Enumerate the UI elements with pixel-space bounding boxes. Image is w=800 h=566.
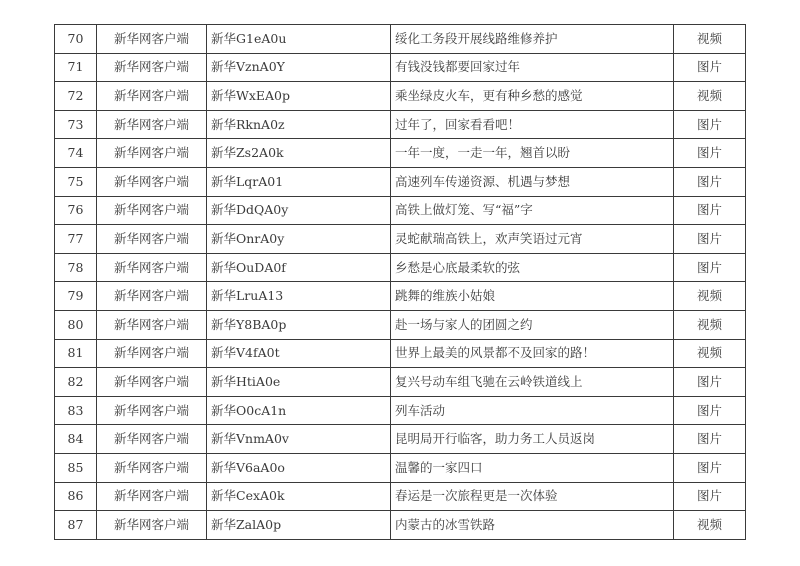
table-row: 86新华网客户端新华CexA0k春运是一次旅程更是一次体验图片 xyxy=(55,482,746,511)
media-type-cell: 图片 xyxy=(674,396,746,425)
source-cell: 新华网客户端 xyxy=(97,310,207,339)
title-cell: 过年了，回家看看吧！ xyxy=(391,110,674,139)
media-type-cell: 图片 xyxy=(674,110,746,139)
table-row: 76新华网客户端新华DdQA0y高铁上做灯笼、写“福”字图片 xyxy=(55,196,746,225)
item-id-cell: 新华O0cA1n xyxy=(207,396,391,425)
table-row: 75新华网客户端新华LqrA01高速列车传递资源、机遇与梦想图片 xyxy=(55,167,746,196)
row-number: 85 xyxy=(55,453,97,482)
table-body: 70新华网客户端新华G1eA0u绥化工务段开展线路维修养护视频71新华网客户端新… xyxy=(55,25,746,540)
media-type-cell: 图片 xyxy=(674,482,746,511)
item-id-cell: 新华RknA0z xyxy=(207,110,391,139)
source-cell: 新华网客户端 xyxy=(97,282,207,311)
table-row: 83新华网客户端新华O0cA1n列车活动图片 xyxy=(55,396,746,425)
row-number: 78 xyxy=(55,253,97,282)
row-number: 81 xyxy=(55,339,97,368)
table-row: 71新华网客户端新华VznA0Y有钱没钱都要回家过年图片 xyxy=(55,53,746,82)
media-type-cell: 图片 xyxy=(674,53,746,82)
row-number: 80 xyxy=(55,310,97,339)
row-number: 83 xyxy=(55,396,97,425)
table-row: 72新华网客户端新华WxEA0p乘坐绿皮火车，更有种乡愁的感觉视频 xyxy=(55,82,746,111)
table-row: 77新华网客户端新华OnrA0y灵蛇献瑞高铁上，欢声笑语过元宵图片 xyxy=(55,225,746,254)
source-cell: 新华网客户端 xyxy=(97,453,207,482)
table-row: 74新华网客户端新华Zs2A0k一年一度，一走一年，翘首以盼图片 xyxy=(55,139,746,168)
table-row: 70新华网客户端新华G1eA0u绥化工务段开展线路维修养护视频 xyxy=(55,25,746,54)
item-id-cell: 新华G1eA0u xyxy=(207,25,391,54)
media-type-cell: 视频 xyxy=(674,25,746,54)
table-row: 78新华网客户端新华OuDA0f乡愁是心底最柔软的弦图片 xyxy=(55,253,746,282)
table-row: 81新华网客户端新华V4fA0t世界上最美的风景都不及回家的路！视频 xyxy=(55,339,746,368)
media-type-cell: 视频 xyxy=(674,82,746,111)
source-cell: 新华网客户端 xyxy=(97,110,207,139)
source-cell: 新华网客户端 xyxy=(97,396,207,425)
item-id-cell: 新华CexA0k xyxy=(207,482,391,511)
title-cell: 跳舞的维族小姑娘 xyxy=(391,282,674,311)
title-cell: 赴一场与家人的团圆之约 xyxy=(391,310,674,339)
row-number: 84 xyxy=(55,425,97,454)
row-number: 86 xyxy=(55,482,97,511)
title-cell: 昆明局开行临客，助力务工人员返岗 xyxy=(391,425,674,454)
title-cell: 乡愁是心底最柔软的弦 xyxy=(391,253,674,282)
source-cell: 新华网客户端 xyxy=(97,339,207,368)
row-number: 82 xyxy=(55,368,97,397)
row-number: 72 xyxy=(55,82,97,111)
item-id-cell: 新华VznA0Y xyxy=(207,53,391,82)
title-cell: 世界上最美的风景都不及回家的路！ xyxy=(391,339,674,368)
row-number: 71 xyxy=(55,53,97,82)
media-type-cell: 图片 xyxy=(674,453,746,482)
title-cell: 春运是一次旅程更是一次体验 xyxy=(391,482,674,511)
item-id-cell: 新华ZalA0p xyxy=(207,511,391,540)
content-table: 70新华网客户端新华G1eA0u绥化工务段开展线路维修养护视频71新华网客户端新… xyxy=(54,24,746,540)
title-cell: 高铁上做灯笼、写“福”字 xyxy=(391,196,674,225)
source-cell: 新华网客户端 xyxy=(97,511,207,540)
row-number: 74 xyxy=(55,139,97,168)
row-number: 75 xyxy=(55,167,97,196)
table-row: 84新华网客户端新华VnmA0v昆明局开行临客，助力务工人员返岗图片 xyxy=(55,425,746,454)
title-cell: 一年一度，一走一年，翘首以盼 xyxy=(391,139,674,168)
item-id-cell: 新华Zs2A0k xyxy=(207,139,391,168)
source-cell: 新华网客户端 xyxy=(97,196,207,225)
source-cell: 新华网客户端 xyxy=(97,253,207,282)
media-type-cell: 视频 xyxy=(674,511,746,540)
item-id-cell: 新华DdQA0y xyxy=(207,196,391,225)
media-type-cell: 图片 xyxy=(674,425,746,454)
title-cell: 温馨的一家四口 xyxy=(391,453,674,482)
source-cell: 新华网客户端 xyxy=(97,167,207,196)
media-type-cell: 图片 xyxy=(674,139,746,168)
item-id-cell: 新华V4fA0t xyxy=(207,339,391,368)
media-type-cell: 图片 xyxy=(674,196,746,225)
item-id-cell: 新华HtiA0e xyxy=(207,368,391,397)
item-id-cell: 新华WxEA0p xyxy=(207,82,391,111)
source-cell: 新华网客户端 xyxy=(97,25,207,54)
table-row: 87新华网客户端新华ZalA0p内蒙古的冰雪铁路视频 xyxy=(55,511,746,540)
table-row: 73新华网客户端新华RknA0z过年了，回家看看吧！图片 xyxy=(55,110,746,139)
source-cell: 新华网客户端 xyxy=(97,482,207,511)
item-id-cell: 新华OuDA0f xyxy=(207,253,391,282)
item-id-cell: 新华OnrA0y xyxy=(207,225,391,254)
media-type-cell: 图片 xyxy=(674,368,746,397)
row-number: 73 xyxy=(55,110,97,139)
media-type-cell: 视频 xyxy=(674,310,746,339)
row-number: 77 xyxy=(55,225,97,254)
row-number: 76 xyxy=(55,196,97,225)
item-id-cell: 新华LruA13 xyxy=(207,282,391,311)
row-number: 79 xyxy=(55,282,97,311)
source-cell: 新华网客户端 xyxy=(97,368,207,397)
title-cell: 灵蛇献瑞高铁上，欢声笑语过元宵 xyxy=(391,225,674,254)
media-type-cell: 图片 xyxy=(674,253,746,282)
title-cell: 列车活动 xyxy=(391,396,674,425)
source-cell: 新华网客户端 xyxy=(97,53,207,82)
title-cell: 绥化工务段开展线路维修养护 xyxy=(391,25,674,54)
item-id-cell: 新华V6aA0o xyxy=(207,453,391,482)
table-row: 85新华网客户端新华V6aA0o温馨的一家四口图片 xyxy=(55,453,746,482)
item-id-cell: 新华Y8BA0p xyxy=(207,310,391,339)
row-number: 87 xyxy=(55,511,97,540)
source-cell: 新华网客户端 xyxy=(97,82,207,111)
media-type-cell: 图片 xyxy=(674,167,746,196)
source-cell: 新华网客户端 xyxy=(97,425,207,454)
title-cell: 复兴号动车组飞驰在云岭铁道线上 xyxy=(391,368,674,397)
item-id-cell: 新华LqrA01 xyxy=(207,167,391,196)
table-row: 80新华网客户端新华Y8BA0p赴一场与家人的团圆之约视频 xyxy=(55,310,746,339)
source-cell: 新华网客户端 xyxy=(97,139,207,168)
media-type-cell: 视频 xyxy=(674,282,746,311)
title-cell: 高速列车传递资源、机遇与梦想 xyxy=(391,167,674,196)
title-cell: 内蒙古的冰雪铁路 xyxy=(391,511,674,540)
table-row: 82新华网客户端新华HtiA0e复兴号动车组飞驰在云岭铁道线上图片 xyxy=(55,368,746,397)
title-cell: 有钱没钱都要回家过年 xyxy=(391,53,674,82)
title-cell: 乘坐绿皮火车，更有种乡愁的感觉 xyxy=(391,82,674,111)
source-cell: 新华网客户端 xyxy=(97,225,207,254)
table-row: 79新华网客户端新华LruA13跳舞的维族小姑娘视频 xyxy=(55,282,746,311)
item-id-cell: 新华VnmA0v xyxy=(207,425,391,454)
row-number: 70 xyxy=(55,25,97,54)
media-type-cell: 图片 xyxy=(674,225,746,254)
media-type-cell: 视频 xyxy=(674,339,746,368)
